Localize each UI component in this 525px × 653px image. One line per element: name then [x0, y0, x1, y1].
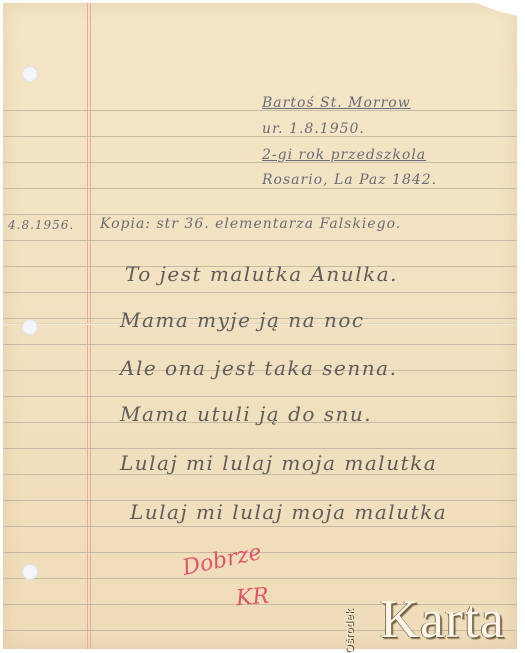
ruled-line — [3, 396, 517, 397]
teacher-initials: KR — [235, 584, 270, 612]
ruled-line — [3, 188, 517, 189]
copied-line: Lulaj mi lulaj moja malutka — [120, 451, 437, 475]
watermark-logo: Karta — [380, 592, 505, 646]
copied-line: Ale ona jest taka senna. — [120, 356, 397, 380]
copied-line: Lulaj mi lulaj moja malutka — [130, 500, 447, 524]
ruled-line — [3, 214, 517, 215]
ruled-line — [3, 136, 517, 137]
copied-line: Mama utuli ją do snu. — [120, 402, 372, 426]
copied-line: Mama myje ją na noc — [120, 308, 365, 332]
birth-date: ur. 1.8.1950. — [262, 121, 365, 137]
punch-hole — [22, 66, 38, 82]
copied-line: To jest malutka Anulka. — [125, 262, 398, 286]
ruled-line — [3, 162, 517, 163]
address: Rosario, La Paz 1842. — [262, 172, 437, 188]
ruled-line — [3, 292, 517, 293]
school-year: 2-gi rok przedszkola — [262, 147, 426, 163]
ruled-line — [3, 526, 517, 527]
ruled-line — [3, 448, 517, 449]
assignment-text: Kopia: str 36. elementarza Falskiego. — [100, 216, 401, 232]
assignment-date: 4.8.1956. — [8, 218, 74, 232]
punch-hole — [22, 319, 38, 335]
punch-hole — [22, 564, 38, 580]
ruled-line — [3, 578, 517, 579]
ruled-line — [3, 110, 517, 111]
ruled-line — [3, 344, 517, 345]
ruled-line — [3, 240, 517, 241]
watermark-small-text: Ośrodek — [344, 598, 358, 653]
author-name: Bartoś St. Morrow — [262, 95, 411, 111]
